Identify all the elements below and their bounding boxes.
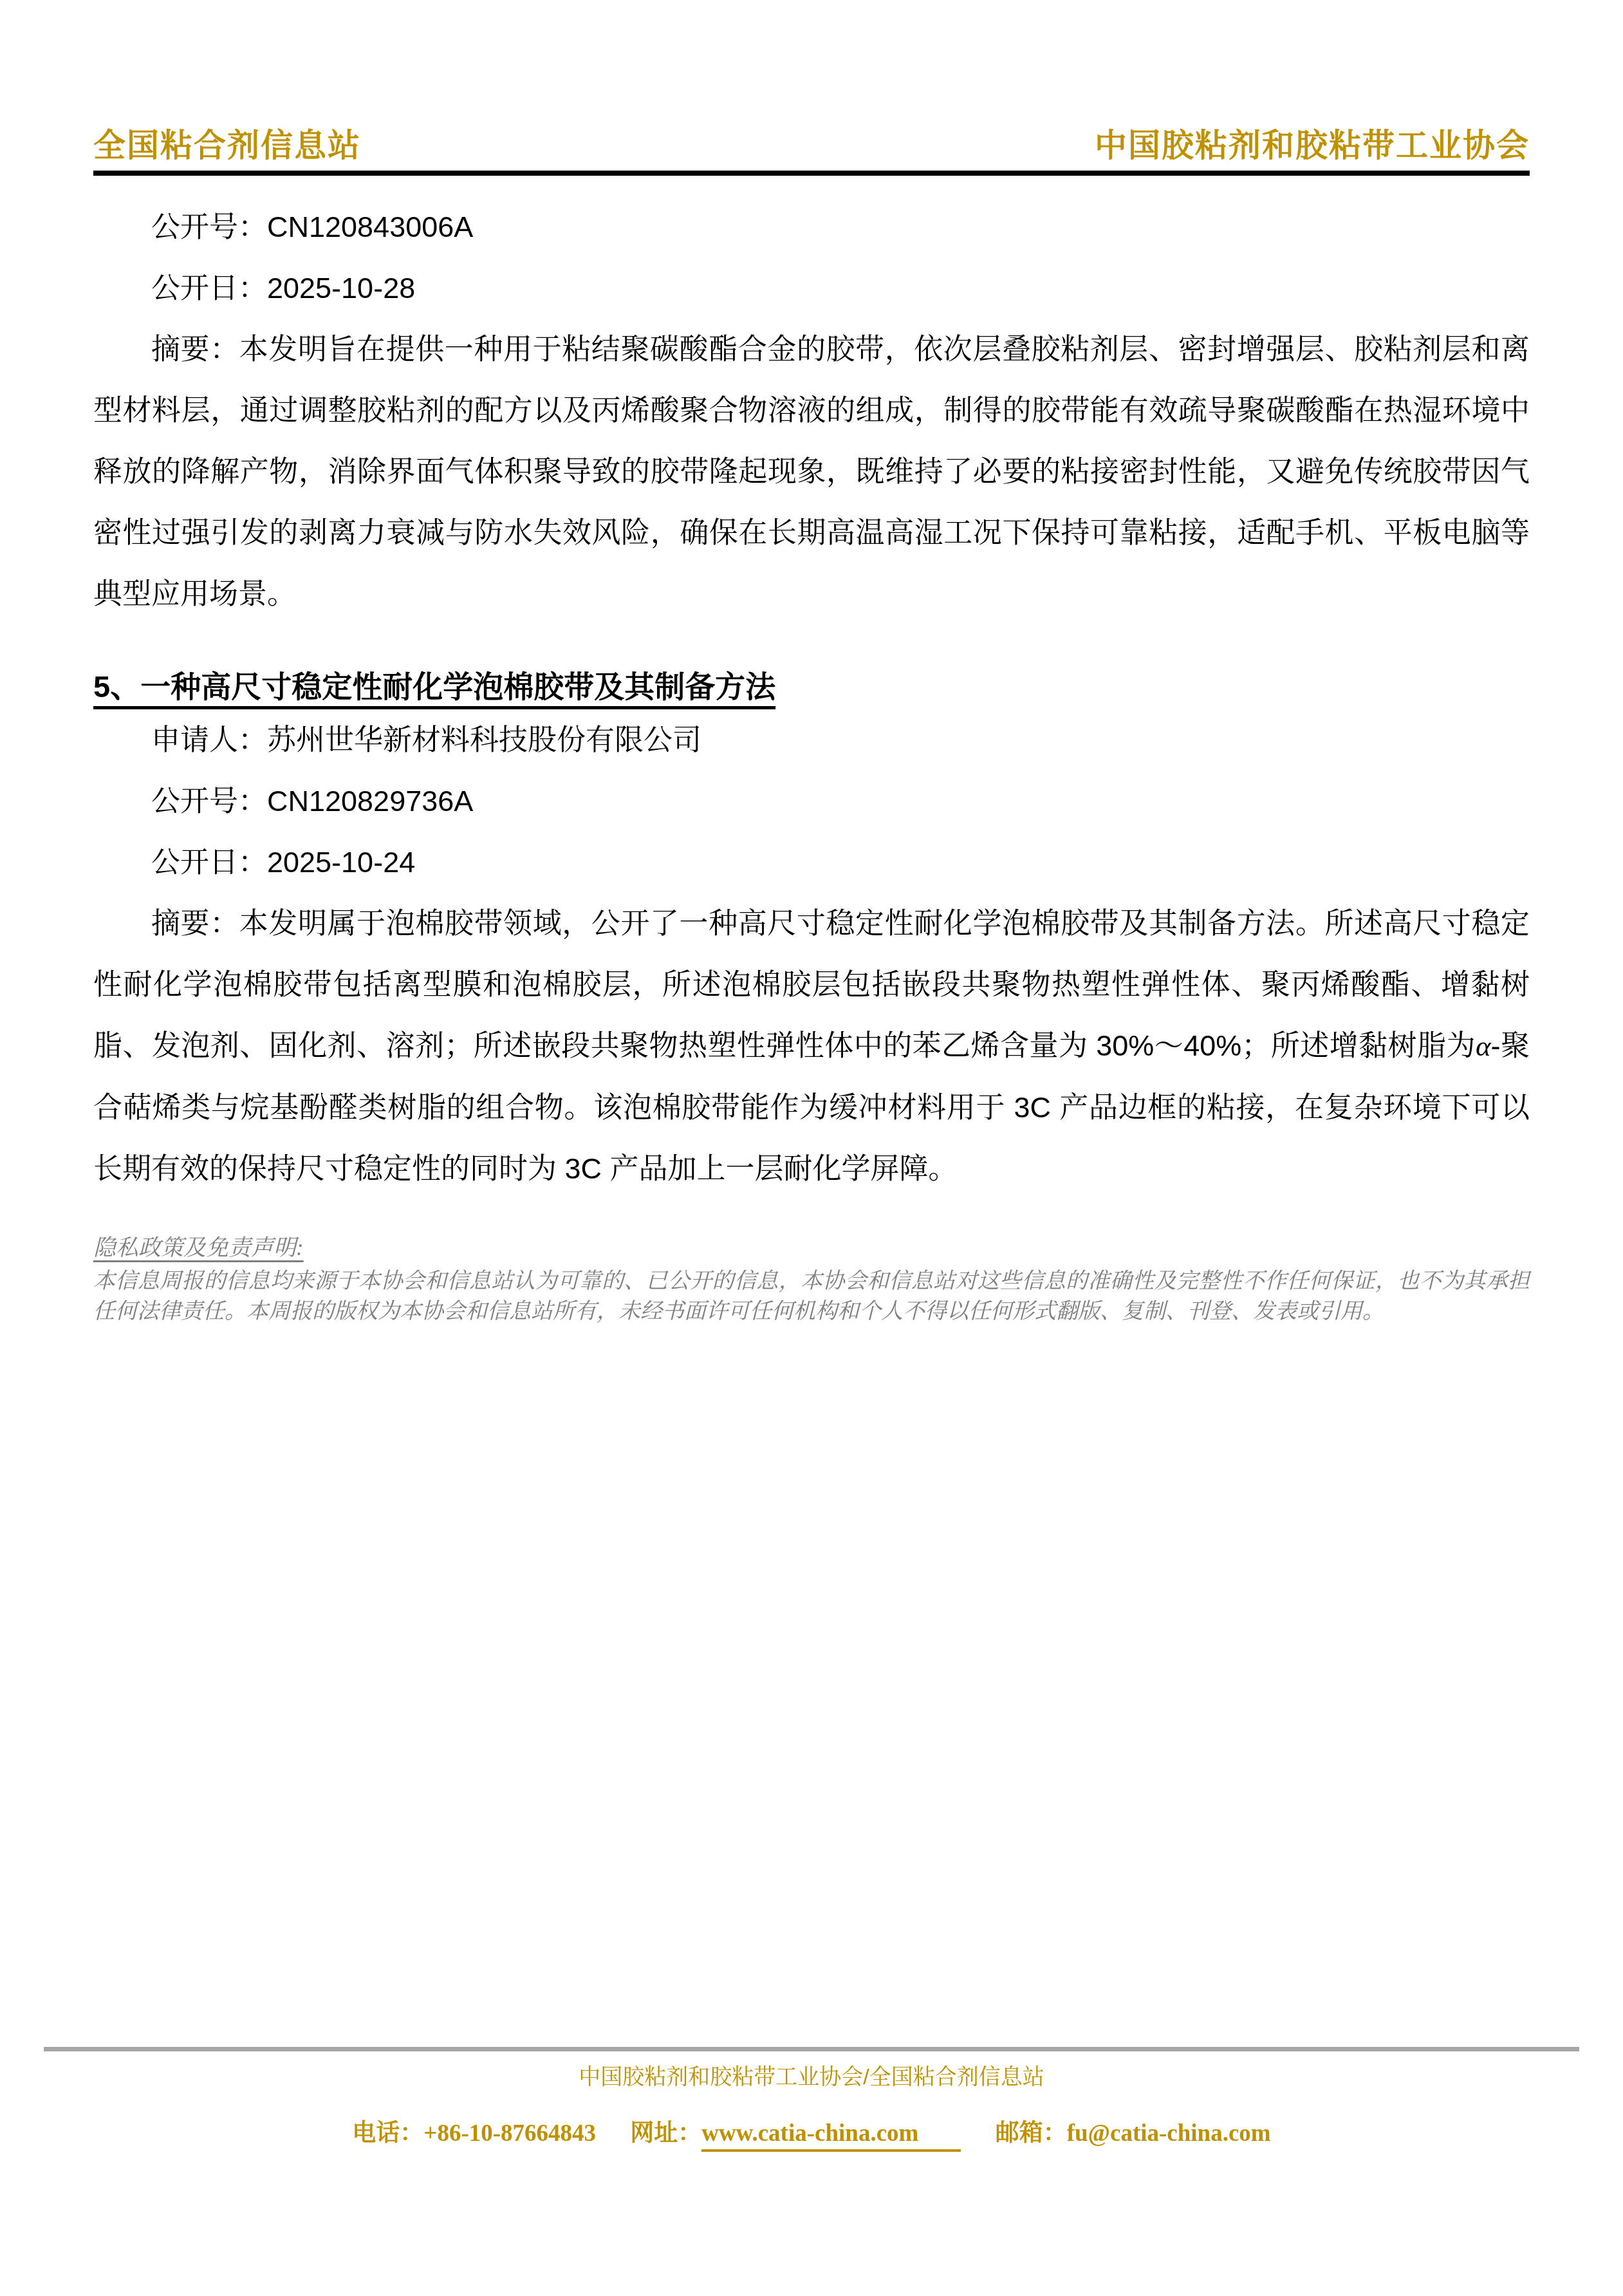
footer-org-line: 中国胶粘剂和胶粘带工业协会/全国粘合剂信息站 — [0, 2063, 1623, 2091]
patent5-publication-number: 公开号：CN120829736A — [93, 770, 1530, 832]
disclaimer-body: 本信息周报的信息均来源于本协会和信息站认为可靠的、已公开的信息，本协会和信息站对… — [93, 1266, 1530, 1327]
patent5-meta: 申请人：苏州世华新材料科技股份有限公司 公开号：CN120829736A 公开日… — [93, 709, 1530, 893]
footer-web-label: 网址： — [630, 2120, 701, 2147]
newsletter-page: 全国粘合剂信息站 中国胶粘剂和胶粘带工业协会 公开号：CN120843006A … — [0, 0, 1623, 2296]
footer-phone-group: 电话：+86-10-87664843 — [352, 2120, 596, 2147]
header-right-org: 中国胶粘剂和胶粘带工业协会 — [1095, 127, 1530, 164]
page-footer: 中国胶粘剂和胶粘带工业协会/全国粘合剂信息站 电话：+86-10-8766484… — [0, 2047, 1623, 2152]
patent5-abstract-part1: 摘要：本发明属于泡棉胶带领域，公开了一种高尺寸稳定性耐化学泡棉胶带及其制备方法。… — [93, 907, 1530, 1062]
patent5-publication-date: 公开日：2025-10-24 — [93, 832, 1530, 893]
page-content: 公开号：CN120843006A 公开日：2025-10-28 摘要：本发明旨在… — [93, 196, 1530, 1327]
footer-phone-value: +86-10-87664843 — [423, 2120, 596, 2147]
footer-web-group: 网址：www.catia-china.com — [630, 2120, 961, 2147]
footer-website-link[interactable]: www.catia-china.com — [701, 2118, 961, 2152]
patent-prev-meta: 公开号：CN120843006A 公开日：2025-10-28 — [93, 196, 1530, 319]
patent5-abstract: 摘要：本发明属于泡棉胶带领域，公开了一种高尺寸稳定性耐化学泡棉胶带及其制备方法。… — [93, 893, 1530, 1199]
footer-divider — [44, 2047, 1579, 2051]
patent-prev-publication-number: 公开号：CN120843006A — [93, 196, 1530, 257]
alpha-symbol: α — [1476, 1030, 1491, 1062]
patent5-title-text: 5、一种高尺寸稳定性耐化学泡棉胶带及其制备方法 — [93, 669, 775, 704]
footer-phone-label: 电话： — [352, 2120, 423, 2147]
disclaimer-section: 隐私政策及免责声明: 本信息周报的信息均来源于本协会和信息站认为可靠的、已公开的… — [93, 1233, 1530, 1327]
footer-email-value: fu@catia-china.com — [1067, 2120, 1271, 2147]
footer-email-group: 邮箱：fu@catia-china.com — [996, 2120, 1271, 2147]
footer-contact-line: 电话：+86-10-87664843 网址：www.catia-china.co… — [0, 2118, 1623, 2152]
patent-prev-publication-date: 公开日：2025-10-28 — [93, 257, 1530, 319]
patent5-title: 5、一种高尺寸稳定性耐化学泡棉胶带及其制备方法 — [93, 664, 1530, 709]
page-header: 全国粘合剂信息站 中国胶粘剂和胶粘带工业协会 — [93, 0, 1530, 176]
header-left-org: 全国粘合剂信息站 — [93, 127, 361, 164]
patent-prev-abstract: 摘要：本发明旨在提供一种用于粘结聚碳酸酯合金的胶带，依次层叠胶粘剂层、密封增强层… — [93, 319, 1530, 624]
footer-email-label: 邮箱： — [996, 2120, 1067, 2147]
patent5-applicant: 申请人：苏州世华新材料科技股份有限公司 — [93, 709, 1530, 770]
disclaimer-title: 隐私政策及免责声明: — [93, 1233, 304, 1264]
